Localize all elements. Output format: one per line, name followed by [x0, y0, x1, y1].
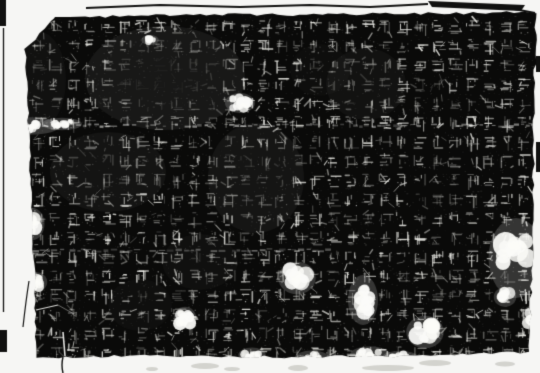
stele-rubbing-canvas	[0, 0, 540, 373]
stele-rubbing-photo	[0, 0, 540, 373]
